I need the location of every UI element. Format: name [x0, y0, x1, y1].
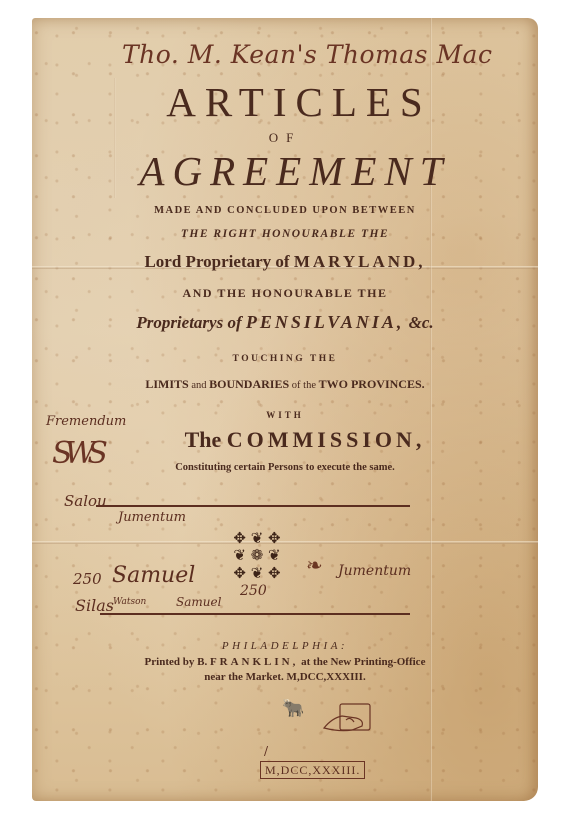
handwriting-monogram: SWS — [52, 436, 100, 471]
handwriting-samuel-2: Samuel — [176, 595, 221, 609]
of-the-word: of the — [289, 380, 318, 391]
two-provinces: TWO PROVINCES. — [319, 377, 425, 391]
boundaries-word: BOUNDARIES — [209, 377, 289, 391]
subtitle-touching: TOUCHING THE — [0, 354, 570, 364]
handwriting-samuel: Samuel — [112, 563, 195, 588]
ornament-icon: ❁ — [248, 548, 265, 565]
handwriting-salou: Salou — [64, 492, 107, 510]
hand-sketch-icon — [322, 702, 374, 736]
ornament-icon: ✥ — [266, 566, 283, 583]
handwriting-jumentum-2: Jumentum — [338, 563, 411, 579]
subtitle-lord-proprietary: Lord Proprietary of MARYLAND, — [0, 252, 570, 272]
handwriting-fremendum: Fremendum — [46, 414, 126, 429]
imprint-place: PHILADELPHIA: — [0, 640, 570, 652]
maryland: MARYLAND, — [294, 252, 426, 271]
leaf-ornament-icon: ❧ — [306, 553, 323, 577]
subtitle-and-honourable: AND THE HONOURABLE THE — [0, 286, 570, 301]
ornament-icon: ❦ — [248, 531, 265, 548]
ornament-icon: ✥ — [266, 531, 283, 548]
hand-sketch-icon — [322, 702, 358, 728]
and-word: and — [189, 380, 209, 391]
handwriting-watson: Watson — [113, 597, 146, 607]
pensilvania: PENSILVANIA, — [246, 312, 405, 332]
lord-prefix: Lord Proprietary of — [144, 252, 293, 271]
pensil-prefix: Proprietarys of — [136, 313, 246, 332]
commission-word: COMMISSION, — [227, 427, 426, 452]
imprint-printer: Printed by B. FRANKLIN, at the New Print… — [0, 656, 570, 668]
animal-sketch-icon: 🐂 — [282, 698, 304, 719]
printed-by: Printed by B. — [145, 656, 210, 668]
the-word: The — [185, 427, 227, 452]
pen-stroke: / — [264, 744, 268, 758]
fold-crease — [32, 541, 538, 544]
printing-office: at the New Printing-Office — [298, 656, 425, 668]
subtitle-limits: LIMITS and BOUNDARIES of the TWO PROVINC… — [0, 377, 570, 392]
ownership-inscription: Tho. M. Kean's Thomas Mac — [122, 40, 492, 69]
limits-word: LIMITS — [145, 377, 188, 391]
printers-ornament: ✥ ❦ ✥ ❦ ❁ ❦ ✥ ❦ ✥ — [231, 531, 283, 583]
imprint-date: near the Market. M,DCC,XXXIII. — [0, 671, 570, 683]
ornament-icon: ❦ — [248, 566, 265, 583]
ornament-icon: ✥ — [231, 566, 248, 583]
subtitle-right-honourable: THE RIGHT HONOURABLE THE — [0, 228, 570, 240]
franklin: FRANKLIN, — [210, 656, 298, 668]
handwriting-jumentum: Jumentum — [118, 510, 186, 525]
ornament-icon: ✥ — [231, 531, 248, 548]
ornament-icon: ❦ — [231, 548, 248, 565]
handwriting-amount-2: 250 — [240, 583, 267, 599]
subtitle-made: MADE AND CONCLUDED UPON BETWEEN — [0, 205, 570, 216]
subtitle-pensilvania: Proprietarys of PENSILVANIA, &c. — [0, 312, 570, 333]
ornament-icon: ❦ — [266, 548, 283, 565]
rule-line — [100, 613, 410, 615]
handwriting-amount: 250 — [73, 570, 102, 588]
title-agreement: AGREEMENT — [0, 147, 570, 195]
pensil-suffix: &c. — [404, 313, 433, 332]
date-box: M,DCC,XXXIII. — [260, 761, 365, 779]
title-articles: ARTICLES — [0, 78, 570, 126]
title-of: OF — [0, 130, 570, 146]
rule-line — [96, 505, 410, 507]
